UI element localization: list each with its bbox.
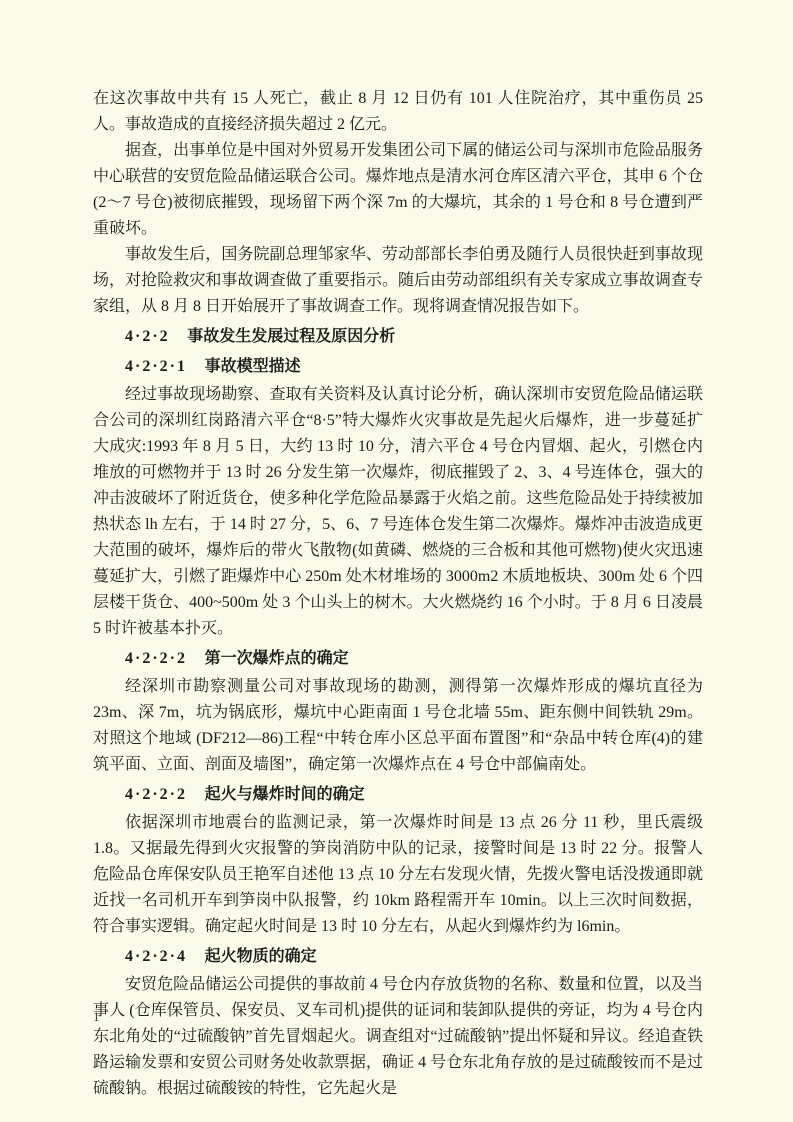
paragraph-company-info: 据查，出事单位是中国对外贸易开发集团公司下属的储运公司与深圳市危险品服务中心联营… [93,138,703,242]
paragraph-explosion-point: 经深圳市勘察测量公司对事故现场的勘测，测得第一次爆炸形成的爆坑直径为 23m、深… [93,674,703,778]
heading-number: 4·2·2 [125,328,170,345]
paragraph-time-determination: 依据深圳市地震台的监测记录，第一次爆炸时间是 13 点 26 分 11 秒，里氏… [93,810,703,940]
heading-title: 起火物质的确定 [205,948,317,965]
paragraph-accident-model: 经过事故现场勘察、查取有关资料及认真讨论分析，确认深圳市安贸危险品储运联合公司的… [93,382,703,642]
document-page: { "page": { "number": "1" }, "document":… [0,0,793,1122]
heading-section-4-2-2-1: 4·2·2·1事故模型描述 [93,353,703,380]
heading-section-4-2-2: 4·2·2事故发生发展过程及原因分析 [93,323,703,350]
heading-number: 4·2·2·1 [125,358,187,375]
heading-number: 4·2·2·4 [125,948,187,965]
heading-title: 第一次爆炸点的确定 [205,650,349,667]
heading-section-fire-material: 4·2·2·4起火物质的确定 [93,943,703,970]
heading-title: 起火与爆炸时间的确定 [205,786,365,803]
heading-title: 事故发生发展过程及原因分析 [187,328,395,345]
paragraph-material-determination: 安贸危险品储运公司提供的事故前 4 号仓内存放货物的名称、数量和位置，以及当事人… [93,972,703,1102]
heading-number: 4·2·2·2 [125,786,187,803]
page-number: 1 [93,1008,100,1026]
heading-number: 4·2·2·2 [125,650,187,667]
paragraph-casualties: 在这次事故中共有 15 人死亡，截止 8 月 12 日仍有 101 人住院治疗，… [93,86,703,138]
paragraph-investigation-start: 事故发生后，国务院副总理邹家华、劳动部部长李伯勇及随行人员很快赶到事故现场，对抢… [93,242,703,320]
heading-section-first-explosion-point: 4·2·2·2第一次爆炸点的确定 [93,645,703,672]
document-body: 在这次事故中共有 15 人死亡，截止 8 月 12 日仍有 101 人住院治疗，… [93,86,703,1102]
heading-section-fire-explosion-time: 4·2·2·2起火与爆炸时间的确定 [93,781,703,808]
heading-title: 事故模型描述 [205,358,301,375]
